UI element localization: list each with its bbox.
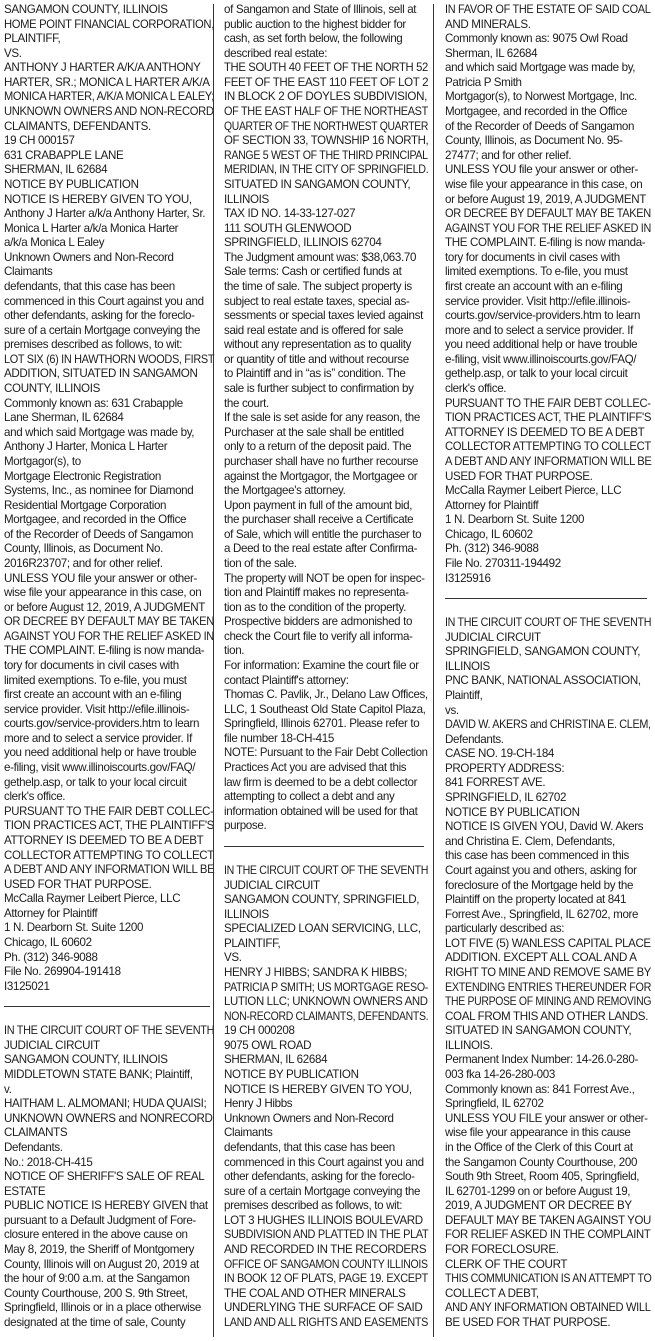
notice-line: and Christina E. Clem, Defendants, — [445, 835, 651, 850]
notice-line: CASE NO. 19-CH-184 — [445, 747, 651, 762]
notice-line: Chicago, IL 60602 — [4, 936, 214, 951]
notice-line: IL 62701-1299 on or before August 19, — [445, 1185, 651, 1200]
notice-line: contact Plaintiff's attorney: — [224, 674, 428, 689]
column-divider — [433, 4, 434, 1337]
notice-line: Mortgagee, and recorded in the Office — [4, 513, 214, 528]
notice-line: defendants, that this case has been — [224, 1141, 428, 1156]
notice-line: Springfield, Illinois or in a place othe… — [4, 1301, 214, 1316]
notice-line: designated at the time of sale, County — [4, 1316, 214, 1331]
notice-line: purpose. — [224, 819, 428, 834]
notice-line: Chicago, IL 60602 — [445, 528, 651, 543]
notice-line: USED FOR THAT PURPOSE. — [4, 878, 214, 893]
notice-line: clerk's office. — [4, 790, 214, 805]
notice-line: wise file your appearance in this case, … — [4, 586, 214, 601]
notice-line: McCalla Raymer Leibert Pierce, LLC — [4, 892, 214, 907]
notice-line: CLAIMANTS, DEFENDANTS. — [4, 120, 214, 135]
notice-line: JUDICIAL CIRCUIT — [445, 631, 651, 646]
notice-line: the court. — [224, 397, 428, 412]
notice-line: service provider. Visit http://efile.ill… — [445, 295, 651, 310]
notice-line: against the Mortgagor, the Mortgagee or — [224, 470, 428, 485]
notice-line: LOT FIVE (5) WANLESS CAPITAL PLACE — [445, 937, 649, 952]
notice-line: LOT 3 HUGHES ILLINOIS BOULEVARD — [224, 1214, 428, 1229]
notice-line: SANGAMON COUNTY, SPRINGFIELD, — [224, 893, 428, 908]
notice-line: MIDDLETOWN STATE BANK; Plaintiff, — [4, 1068, 214, 1083]
notice-line: MONICA HARTER, A/K/A MONICA L EALEY; — [4, 90, 205, 105]
notice-line: SPRINGFIELD, IL 62702 — [445, 791, 651, 806]
notice-line: County Courthouse, 200 S. 9th Street, — [4, 1287, 214, 1302]
notice-line: SUBDIVISION AND PLATTED IN THE PLAT — [224, 1228, 417, 1243]
notice-line: County, Illinois will on August 20, 2019… — [4, 1258, 214, 1273]
notice-line: NON-RECORD CLAIMANTS, DEFENDANTS. — [224, 1010, 408, 1025]
notice-line: FOR FORECLOSURE. — [445, 1243, 651, 1258]
notice-line: the time of sale. The subject property i… — [224, 280, 428, 295]
notice-line: UNKNOWN OWNERS and NONRECORD — [4, 1112, 214, 1127]
notice-line: TION PRACTICES ACT, THE PLAINTIFF'S — [445, 411, 647, 426]
notice-line: Patricia P Smith — [445, 76, 651, 91]
notice-line: VS. — [224, 951, 428, 966]
notice-hibbs-foreclosure: IN THE CIRCUIT COURT OF THE SEVENTHJUDIC… — [224, 864, 428, 1331]
notice-line: AND ANY INFORMATION OBTAINED WILL — [445, 1301, 642, 1316]
notice-line: A DEBT AND ANY INFORMATION WILL BE — [445, 455, 643, 470]
notice-line: other defendants, asking for the foreclo… — [4, 309, 214, 324]
notice-line: public auction to the highest bidder for — [224, 18, 428, 33]
notice-line: tory for documents in civil cases with — [4, 659, 214, 674]
notice-line: Forrest Ave., Springfield, IL 62702, mor… — [445, 908, 651, 923]
notice-line: UNLESS YOU FILE your answer or other- — [445, 1112, 651, 1127]
notice-line: you need additional help or have trouble — [445, 338, 651, 353]
notice-line: Anthony J Harter a/k/a Anthony Harter, S… — [4, 207, 214, 222]
notice-line: foreclosure of the Mortgage held by the — [445, 879, 651, 894]
notice-line: Plaintiff on the property located at 841 — [445, 893, 651, 908]
notice-line: Monica L Harter a/k/a Monica Harter — [4, 222, 214, 237]
notice-line: IN THE CIRCUIT COURT OF THE SEVENTH — [445, 616, 635, 631]
notice-line: 111 SOUTH GLENWOOD — [224, 222, 428, 237]
notice-line: NOTICE BY PUBLICATION — [445, 806, 651, 821]
notice-line: you need additional help or have trouble — [4, 746, 214, 761]
notice-line: Attorney for Plaintiff — [4, 907, 214, 922]
notice-line: SANGAMON COUNTY, ILLINOIS — [4, 3, 214, 18]
notice-line: clerk's office. — [445, 382, 651, 397]
notice-line: PNC BANK, NATIONAL ASSOCIATION, — [445, 674, 651, 689]
notice-line: law firm is deemed to be a debt collecto… — [224, 776, 428, 791]
notice-hibbs-foreclosure-continued: IN FAVOR OF THE ESTATE OF SAID COALAND M… — [445, 3, 651, 586]
notice-line: OFFICE OF SANGAMON COUNTY ILLINOIS — [224, 1258, 410, 1273]
notice-line: only to a return of the deposit paid. Th… — [224, 440, 428, 455]
notice-line: NOTICE BY PUBLICATION — [224, 1068, 428, 1083]
notice-line: SHERMAN, IL 62684 — [4, 163, 214, 178]
notice-line: courts.gov/service-providers.htm to lear… — [4, 717, 214, 732]
notice-line: ILLINOIS. — [445, 1039, 651, 1054]
notice-line: COUNTY, ILLINOIS — [4, 382, 214, 397]
notice-line: THIS COMMUNICATION IS AN ATTEMPT TO — [445, 1272, 635, 1287]
notice-line: SPECIALIZED LOAN SERVICING, LLC, — [224, 922, 428, 937]
notice-line: 631 CRABAPPLE LANE — [4, 149, 214, 164]
notice-line: the Mortgagee's attorney. — [224, 484, 428, 499]
notice-line: of Sale, which will entitle the purchase… — [224, 528, 428, 543]
notice-line: TION PRACTICES ACT, THE PLAINTIFF'S — [4, 819, 214, 834]
notice-line: this case has been commenced in this — [445, 849, 651, 864]
notice-line: vs. — [445, 704, 651, 719]
notice-line: LAND AND ALL RIGHTS AND EASEMENTS — [224, 1316, 415, 1331]
notice-line: PLAINTIFF, — [224, 937, 428, 952]
notice-line: NOTICE IS HEREBY GIVEN TO YOU, — [4, 193, 214, 208]
notice-line: PURSUANT TO THE FAIR DEBT COLLEC- — [4, 805, 210, 820]
notice-line: MERIDIAN, IN THE CITY OF SPRINGFIELD. — [224, 163, 413, 178]
notice-harter-foreclosure: SANGAMON COUNTY, ILLINOISHOME POINT FINA… — [4, 3, 214, 994]
notice-line: defendants, that this case has been — [4, 280, 214, 295]
notice-line: closure entered in the above cause on — [4, 1228, 214, 1243]
notice-line: of the Recorder of Deeds of Sangamon — [445, 120, 651, 135]
notice-line: THE PURPOSE OF MINING AND REMOVING — [445, 995, 630, 1010]
notice-line: DEFAULT MAY BE TAKEN AGAINST YOU — [445, 1214, 649, 1229]
notice-line: subject to real estate taxes, special as… — [224, 295, 428, 310]
notice-line: The Judgment amount was: $38,063.70 — [224, 251, 428, 266]
notice-line: 1 N. Dearborn St. Suite 1200 — [445, 513, 651, 528]
notice-line: or before August 19, 2019, A JUDGMENT — [445, 193, 651, 208]
notice-line: particularly described as: — [445, 922, 651, 937]
notice-line: said real estate and is offered for sale — [224, 324, 428, 339]
notice-line: attempting to collect a debt and any — [224, 790, 428, 805]
notice-line: OR DECREE BY DEFAULT MAY BE TAKEN — [445, 207, 640, 222]
notice-line: For information: Examine the court file … — [224, 659, 428, 674]
notice-line: If the sale is set aside for any reason,… — [224, 411, 428, 426]
notice-line: Springfield, Illinois 62701. Please refe… — [224, 717, 428, 732]
notice-almomani-sheriff-sale: IN THE CIRCUIT COURT OF THE SEVENTHJUDIC… — [4, 1024, 214, 1330]
notice-line: 9075 OWL ROAD — [224, 1039, 428, 1054]
notice-line: premises described as follows, to wit: — [4, 338, 214, 353]
notice-line: sure of a certain Mortgage conveying the — [224, 1185, 428, 1200]
notice-line: Sherman, IL 62684 — [445, 47, 651, 62]
notice-line: ATTORNEY IS DEEMED TO BE A DEBT — [445, 426, 651, 441]
notice-line: OR DECREE BY DEFAULT MAY BE TAKEN — [4, 615, 207, 630]
notice-line: Court against you and others, asking for — [445, 864, 651, 879]
notice-line: FOR RELIEF ASKED IN THE COMPLAINT — [445, 1228, 646, 1243]
notice-line: or before August 12, 2019, A JUDGMENT — [4, 601, 214, 616]
notice-line: PROPERTY ADDRESS: — [445, 762, 651, 777]
notice-line: THE COMPLAINT. E-filing is now manda- — [4, 644, 214, 659]
notice-line: McCalla Raymer Leibert Pierce, LLC — [445, 484, 651, 499]
notice-line: TAX ID NO. 14-33-127-027 — [224, 207, 428, 222]
notice-line: Ph. (312) 346-9088 — [445, 542, 651, 557]
notice-line: SANGAMON COUNTY, ILLINOIS — [4, 1053, 214, 1068]
notice-line: SPRINGFIELD, ILLINOIS 62704 — [224, 236, 428, 251]
notice-line: and which said Mortgage was made by, — [445, 61, 651, 76]
notice-line: Lane Sherman, IL 62684 — [4, 411, 214, 426]
notice-line: Ph. (312) 346-9088 — [4, 951, 214, 966]
notice-line: tion. — [224, 644, 428, 659]
notice-line: sure of a certain Mortgage conveying the — [4, 324, 214, 339]
notice-line: 19 CH 000208 — [224, 1024, 428, 1039]
notice-line: AND RECORDED IN THE RECORDERS — [224, 1243, 428, 1258]
notice-line: COLLECTOR ATTEMPTING TO COLLECT — [445, 440, 645, 455]
notice-line: CLERK OF THE COURT — [445, 1258, 651, 1273]
notice-line: RIGHT TO MINE AND REMOVE SAME BY — [445, 966, 646, 981]
notice-separator-rule — [224, 846, 424, 847]
notice-line: described real estate: — [224, 47, 428, 62]
notice-line: File No. 269904-191418 — [4, 965, 214, 980]
notice-line: sale is further subject to confirmation … — [224, 382, 428, 397]
notice-line: HENRY J HIBBS; SANDRA K HIBBS; — [224, 966, 428, 981]
notice-line: I3125021 — [4, 980, 214, 995]
notice-line: Plaintiff, — [445, 689, 651, 704]
notice-line: of Sangamon and State of Illinois, sell … — [224, 3, 428, 18]
notice-line: 841 FORREST AVE. — [445, 776, 651, 791]
notice-line: gethelp.asp, or talk to your local circu… — [445, 367, 651, 382]
notice-line: AND MINERALS. — [445, 18, 651, 33]
notice-line: UNLESS YOU file your answer or other- — [4, 572, 214, 587]
notice-line: a Deed to the real estate after Confirma… — [224, 542, 428, 557]
notice-line: tion as to the condition of the property… — [224, 601, 428, 616]
notice-line: USED FOR THAT PURPOSE. — [445, 470, 651, 485]
notice-line: to Plaintiff and in “as is” condition. T… — [224, 367, 428, 382]
notice-line: EXTENDING ENTRIES THEREUNDER FOR — [445, 981, 637, 996]
notice-line: 2019, A JUDGMENT OR DECREE BY — [445, 1199, 651, 1214]
column-divider — [213, 4, 214, 1337]
column-3: IN FAVOR OF THE ESTATE OF SAID COALAND M… — [445, 3, 651, 1341]
notice-line: Prospective bidders are admonished to — [224, 615, 428, 630]
notice-line: JUDICIAL CIRCUIT — [4, 1039, 214, 1054]
notice-line: Anthony J Harter, Monica L Harter — [4, 440, 214, 455]
notice-line: gethelp.asp, or talk to your local circu… — [4, 776, 214, 791]
notice-line: 003 fka 14-26-280-003 — [445, 1068, 651, 1083]
notice-line: Systems, Inc., as nominee for Diamond — [4, 484, 214, 499]
notice-line: UNKNOWN OWNERS AND NON-RECORD — [4, 105, 207, 120]
notice-line: COLLECT A DEBT, — [445, 1287, 651, 1302]
notice-line: commenced in this Court against you and — [224, 1156, 428, 1171]
notice-line: purchaser shall have no further recourse — [224, 455, 428, 470]
notice-line: County, Illinois, as Document No. 95- — [445, 134, 651, 149]
notice-line: No.: 2018-CH-415 — [4, 1156, 214, 1171]
notice-line: HARTER, SR.; MONICA L HARTER A/K/A — [4, 76, 214, 91]
notice-line: LLC, 1 Southeast Old State Capitol Plaza… — [224, 703, 428, 718]
notice-line: tory for documents in civil cases with — [445, 251, 651, 266]
notice-line: more and to select a service provider. I… — [445, 324, 651, 339]
notice-line: IN BLOCK 2 OF DOYLES SUBDIVISION, — [224, 90, 428, 105]
notice-line: 2016R23707; and for other relief. — [4, 557, 214, 572]
notice-separator-rule — [445, 598, 647, 599]
notice-line: QUARTER OF THE NORTHWEST QUARTER — [224, 120, 407, 135]
notice-line: IN THE CIRCUIT COURT OF THE SEVENTH — [224, 864, 411, 879]
notice-line: courts.gov/service-providers.htm to lear… — [445, 309, 651, 324]
notice-line: BE USED FOR THAT PURPOSE. — [445, 1316, 651, 1331]
notice-line: commenced in this Court against you and — [4, 295, 214, 310]
notice-line: in the Office of the Clerk of this Court… — [445, 1141, 651, 1156]
notice-line: ANTHONY J HARTER A/K/A ANTHONY — [4, 61, 214, 76]
notice-line: UNDERLYING THE SURFACE OF SAID — [224, 1301, 428, 1316]
notice-line: Unknown Owners and Non-Record — [224, 1112, 428, 1127]
notice-line: Defendants. — [445, 733, 651, 748]
notice-line: NOTICE IS HEREBY GIVEN TO YOU, — [224, 1083, 428, 1098]
notice-line: JUDICIAL CIRCUIT — [224, 879, 428, 894]
notice-line: tion of the sale. — [224, 557, 428, 572]
notice-line: OF SECTION 33, TOWNSHIP 16 NORTH, — [224, 134, 425, 149]
notice-line: Commonly known as: 631 Crabapple — [4, 397, 214, 412]
notice-line: PURSUANT TO THE FAIR DEBT COLLEC- — [445, 397, 643, 412]
notice-line: SPRINGFIELD, SANGAMON COUNTY, — [445, 645, 651, 660]
notice-line: May 8, 2019, the Sheriff of Montgomery — [4, 1243, 214, 1258]
notice-line: RANGE 5 WEST OF THE THIRD PRINCIPAL — [224, 149, 411, 164]
notice-line: wise file your appearance in this cause — [445, 1126, 651, 1141]
notice-line: I3125916 — [445, 572, 651, 587]
notice-line: 1 N. Dearborn St. Suite 1200 — [4, 921, 214, 936]
notice-line: SITUATED IN SANGAMON COUNTY, — [445, 1024, 651, 1039]
notice-line: AGAINST YOU FOR THE RELIEF ASKED IN — [4, 630, 204, 645]
notice-line: Permanent Index Number: 14-26.0-280- — [445, 1053, 651, 1068]
notice-line: first create an account with an e-filing — [4, 688, 214, 703]
notice-line: cash, as set forth below, the following — [224, 32, 428, 47]
legal-notices-page: SANGAMON COUNTY, ILLINOISHOME POINT FINA… — [0, 0, 655, 1341]
notice-almomani-sheriff-sale-continued: of Sangamon and State of Illinois, sell … — [224, 3, 428, 834]
notice-line: Commonly known as: 841 Forrest Ave., — [445, 1083, 651, 1098]
notice-line: NOTICE OF SHERIFF'S SALE OF REAL — [4, 1170, 214, 1185]
notice-line: Commonly known as: 9075 Owl Road — [445, 32, 651, 47]
notice-line: COLLECTOR ATTEMPTING TO COLLECT — [4, 849, 212, 864]
notice-line: A DEBT AND ANY INFORMATION WILL BE — [4, 863, 210, 878]
notice-line: file number 18-CH-415 — [224, 732, 428, 747]
notice-line: THE COAL AND OTHER MINERALS — [224, 1287, 428, 1302]
notice-line: e-filing, visit www.illinoiscourts.gov/F… — [4, 761, 214, 776]
notice-line: v. — [4, 1083, 214, 1098]
notice-line: NOTICE BY PUBLICATION — [4, 178, 214, 193]
notice-line: PATRICIA P SMITH; US MORTGAGE RESO- — [224, 981, 411, 996]
notice-line: tion and Plaintiff makes no representa- — [224, 586, 428, 601]
notice-line: wise file your appearance in this case, … — [445, 178, 651, 193]
notice-akers-clem-foreclosure: IN THE CIRCUIT COURT OF THE SEVENTHJUDIC… — [445, 616, 651, 1330]
notice-line: FEET OF THE EAST 110 FEET OF LOT 2 — [224, 76, 427, 91]
notice-line: ESTATE — [4, 1185, 214, 1200]
notice-line: premises described as follows, to wit: — [224, 1199, 428, 1214]
notice-line: limited exemptions. To e-file, you must — [445, 265, 651, 280]
notice-line: ADDITION, SITUATED IN SANGAMON — [4, 367, 214, 382]
notice-line: more and to select a service provider. I… — [4, 732, 214, 747]
notice-line: without any representation as to quality — [224, 338, 428, 353]
notice-line: Defendants. — [4, 1141, 214, 1156]
notice-line: ILLINOIS — [224, 908, 428, 923]
notice-line: pursuant to a Default Judgment of Fore- — [4, 1214, 214, 1229]
notice-line: Residential Mortgage Corporation — [4, 499, 214, 514]
notice-line: ATTORNEY IS DEEMED TO BE A DEBT — [4, 834, 214, 849]
notice-line: HAITHAM L. ALMOMANI; HUDA QUAISI; — [4, 1097, 214, 1112]
notice-line: IN FAVOR OF THE ESTATE OF SAID COAL — [445, 3, 640, 18]
notice-line: information obtained will be used for th… — [224, 805, 428, 820]
notice-line: Claimants — [224, 1126, 428, 1141]
notice-line: Mortgage Electronic Registration — [4, 470, 214, 485]
notice-line: service provider. Visit http://efile.ill… — [4, 703, 214, 718]
notice-line: of the Recorder of Deeds of Sangamon — [4, 528, 214, 543]
notice-line: SITUATED IN SANGAMON COUNTY, — [224, 178, 428, 193]
notice-line: NOTE: Pursuant to the Fair Debt Collecti… — [224, 746, 424, 761]
notice-line: THE SOUTH 40 FEET OF THE NORTH 52 — [224, 61, 422, 76]
notice-line: PUBLIC NOTICE IS HEREBY GIVEN that — [4, 1199, 214, 1214]
notice-line: the Sangamon County Courthouse, 200 — [445, 1156, 651, 1171]
notice-line: Springfield, IL 62702 — [445, 1097, 651, 1112]
notice-line: 19 CH 000157 — [4, 134, 214, 149]
notice-line: LUTION LLC; UNKNOWN OWNERS AND — [224, 995, 425, 1010]
notice-line: Mortgagor(s), to Norwest Mortgage, Inc. — [445, 90, 651, 105]
notice-line: a/k/a Monica L Ealey — [4, 236, 214, 251]
notice-line: Mortgagee, and recorded in the Office — [445, 105, 651, 120]
notice-line: Mortgagor(s), to — [4, 455, 214, 470]
notice-line: Attorney for Plaintiff — [445, 499, 651, 514]
notice-line: VS. — [4, 47, 214, 62]
notice-line: LOT SIX (6) IN HAWTHORN WOODS, FIRST — [4, 353, 202, 368]
notice-line: HOME POINT FINANCIAL CORPORATION, — [4, 18, 207, 33]
notice-line: PLAINTIFF, — [4, 32, 214, 47]
notice-line: sessments or special taxes levied agains… — [224, 309, 428, 324]
notice-line: first create an account with an e-filing — [445, 280, 651, 295]
notice-line: Unknown Owners and Non-Record — [4, 251, 214, 266]
notice-line: Thomas C. Pavlik, Jr., Delano Law Office… — [224, 688, 427, 703]
notice-line: Purchaser at the sale shall be entitled — [224, 426, 428, 441]
notice-line: ILLINOIS — [445, 660, 651, 675]
notice-line: limited exemptions. To e-file, you must — [4, 674, 214, 689]
notice-line: check the Court file to verify all infor… — [224, 630, 428, 645]
notice-line: The property will NOT be open for inspec… — [224, 572, 428, 587]
notice-line: COAL FROM THIS AND OTHER LANDS. — [445, 1010, 651, 1025]
notice-line: Henry J Hibbs — [224, 1097, 428, 1112]
notice-line: ILLINOIS — [224, 193, 428, 208]
notice-line: File No. 270311-194492 — [445, 557, 651, 572]
notice-line: OF THE EAST HALF OF THE NORTHEAST — [224, 105, 416, 120]
notice-line: or quantity of title and without recours… — [224, 353, 428, 368]
notice-separator-rule — [4, 1006, 210, 1007]
notice-line: County, Illinois, as Document No. — [4, 542, 214, 557]
notice-line: and which said Mortgage was made by, — [4, 426, 214, 441]
notice-line: Upon payment in full of the amount bid, — [224, 499, 428, 514]
notice-line: CLAIMANTS — [4, 1126, 214, 1141]
notice-line: ADDITION. EXCEPT ALL COAL AND A — [445, 951, 651, 966]
notice-line: Sale terms: Cash or certified funds at — [224, 265, 428, 280]
notice-line: NOTICE IS GIVEN YOU, David W. Akers — [445, 820, 651, 835]
notice-line: the hour of 9:00 a.m. at the Sangamon — [4, 1272, 214, 1287]
notice-line: Claimants — [4, 265, 214, 280]
notice-line: IN THE CIRCUIT COURT OF THE SEVENTH — [4, 1024, 202, 1039]
notice-line: THE COMPLAINT. E-filing is now manda- — [445, 236, 651, 251]
notice-line: South 9th Street, Room 405, Springfield, — [445, 1170, 651, 1185]
notice-line: SHERMAN, IL 62684 — [224, 1053, 428, 1068]
notice-line: 27477; and for other relief. — [445, 149, 651, 164]
column-1: SANGAMON COUNTY, ILLINOISHOME POINT FINA… — [4, 3, 214, 1341]
notice-line: DAVID W. AKERS and CHRISTINA E. CLEM, — [445, 718, 637, 733]
notice-line: AGAINST YOU FOR THE RELIEF ASKED IN — [445, 222, 637, 237]
notice-line: UNLESS YOU file your answer or other- — [445, 163, 651, 178]
column-2: of Sangamon and State of Illinois, sell … — [224, 3, 428, 1341]
notice-line: IN BOOK 12 OF PLATS, PAGE 19. EXCEPT — [224, 1272, 416, 1287]
notice-line: e-filing, visit www.illinoiscourts.gov/F… — [445, 353, 651, 368]
notice-line: other defendants, asking for the foreclo… — [224, 1170, 428, 1185]
notice-line: Practices Act you are advised that this — [224, 761, 428, 776]
notice-line: the purchaser shall receive a Certificat… — [224, 513, 428, 528]
